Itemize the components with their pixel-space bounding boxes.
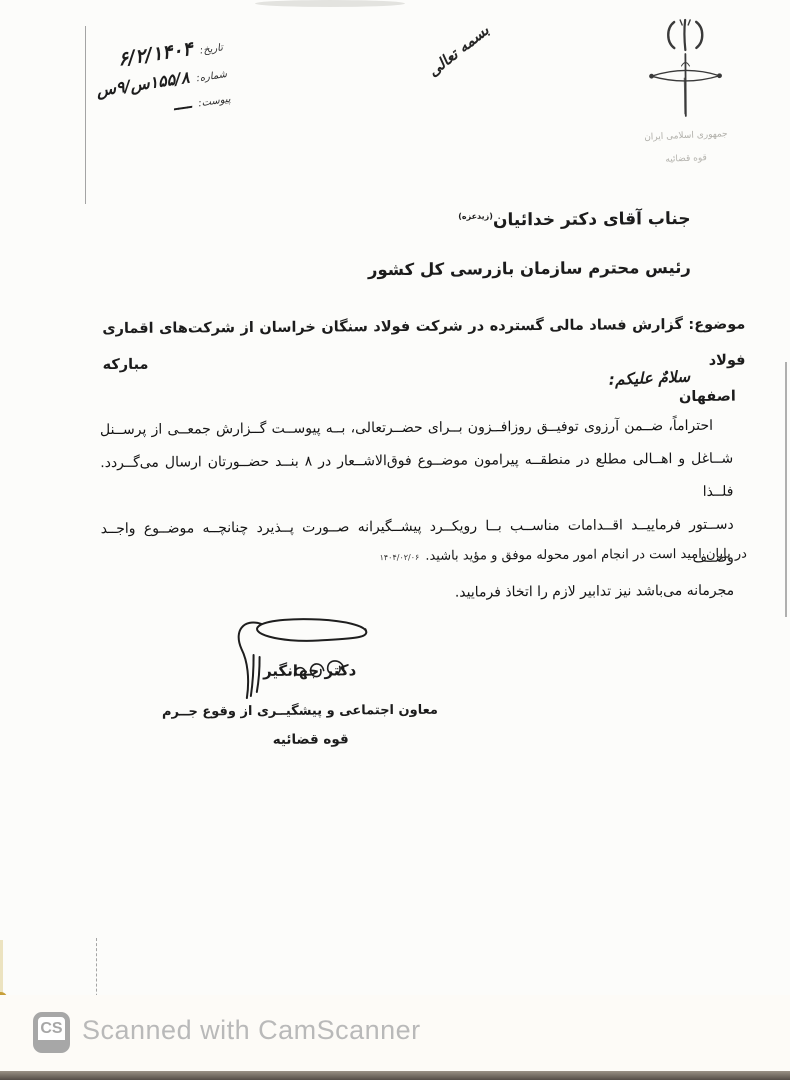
emblem-org-line: جمهوری اسلامی ایران — [616, 128, 756, 144]
closing-text: در پایان امید است در انجام امور محوله مو… — [425, 547, 747, 564]
subject-block: موضوع: گزارش فساد مالی گسترده در شرکت فو… — [102, 307, 746, 419]
recipient-name-line: جناب آقای دکتر خدائیان(زیدعزه) — [458, 209, 690, 231]
recipient-honorific: (زیدعزه) — [458, 212, 493, 221]
recipient-title-line: رئیس محترم سازمان بازرسی کل کشور — [368, 258, 691, 279]
recipient-name: جناب آقای دکتر خدائیان — [493, 209, 691, 230]
body-line: احتراماً، ضــمن آرزوی توفیــق روزافــزون… — [100, 410, 733, 447]
body-line: دســتور فرماییــد اقــدامات مناســب بــا… — [101, 509, 734, 579]
letter-content: تاریخ: ۶/۲/۱۴۰۴ شماره: ۱۵۵/۸س/۹س پیوست: … — [0, 0, 790, 1080]
letterhead-emblem: جمهوری اسلامی ایران قوه قضائیه — [615, 13, 756, 164]
signature-title-line1: معاون اجتماعی و پیشگیــری از وقوع جــرم — [183, 703, 438, 720]
signature-name: دکتر جهانگیر — [255, 661, 365, 680]
body-line: مجرمانه می‌باشد نیز تدابیر لازم را اتخاذ… — [101, 575, 734, 612]
attachment-label: پیوست: — [198, 94, 232, 110]
emblem-branch-line: قوه قضائیه — [616, 151, 756, 167]
attachment-value: ــــ — [172, 94, 192, 114]
number-label: شماره: — [196, 69, 228, 84]
scanned-letter-page: تاریخ: ۶/۲/۱۴۰۴ شماره: ۱۵۵/۸س/۹س پیوست: … — [0, 0, 790, 1080]
camscanner-logo-icon: CS — [33, 1012, 70, 1053]
basmala-calligraphy: بسمه تعالی — [406, 6, 511, 95]
closing-date: ۱۴۰۴/۰۲/۰۶ — [380, 553, 420, 562]
signature-scrawl-icon — [216, 596, 387, 709]
camscanner-watermark-text: Scanned with CamScanner — [82, 1015, 421, 1046]
body-paragraph: احتراماً، ضــمن آرزوی توفیــق روزافــزون… — [100, 410, 734, 612]
salutation: سلامٌ علیکم: — [608, 368, 690, 389]
scan-bottom-edge — [0, 1071, 790, 1080]
body-line: شــاغل و اهــالی مطلع در منطقــه پیرامون… — [100, 443, 733, 513]
signature-title-line2: قوه قضائیه — [183, 731, 438, 749]
date-label: تاریخ: — [199, 42, 224, 56]
letterhead-fields: تاریخ: ۶/۲/۱۴۰۴ شماره: ۱۵۵/۸س/۹س پیوست: … — [48, 33, 233, 138]
judiciary-emblem-icon — [615, 13, 756, 122]
date-value: ۶/۲/۱۴۰۴ — [117, 38, 195, 71]
